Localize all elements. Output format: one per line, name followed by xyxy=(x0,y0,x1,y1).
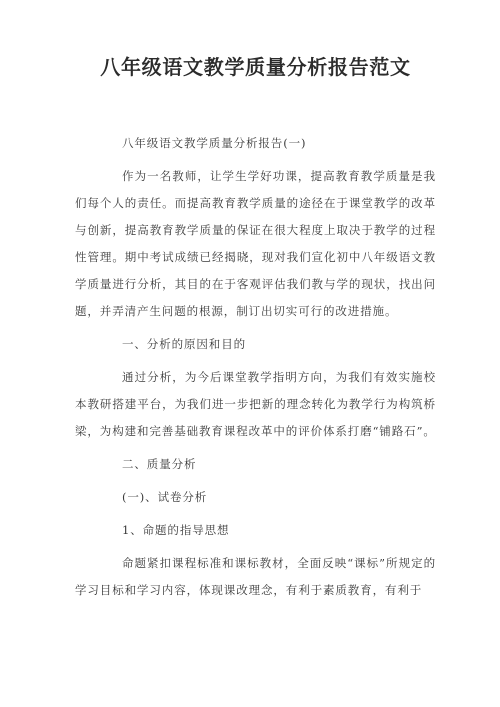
paragraph-proposition: 命题紧扣课程标准和课标教材，全面反映“课标”所规定的学习目标和学习内容，体现课改… xyxy=(75,550,436,604)
paragraph-purpose: 通过分析，为今后课堂教学指明方向，为我们有效实施校本教研搭建平台，为我们进一步把… xyxy=(75,364,436,445)
heading-item-guiding-ideology: 1、命题的指导思想 xyxy=(75,517,436,544)
document-page: 八年级语文教学质量分析报告范文 八年级语文教学质量分析报告(一) 作为一名教师，… xyxy=(0,0,500,707)
document-title: 八年级语文教学质量分析报告范文 xyxy=(75,52,436,82)
heading-section-2: 二、质量分析 xyxy=(75,451,436,478)
heading-section-1: 一、分析的原因和目的 xyxy=(75,331,436,358)
subtitle-line: 八年级语文教学质量分析报告(一) xyxy=(75,130,436,157)
paragraph-intro: 作为一名教师，让学生学好功课，提高教育教学质量是我们每个人的责任。而提高教育教学… xyxy=(75,163,436,325)
heading-subsection-exam-analysis: (一)、试卷分析 xyxy=(75,484,436,511)
document-body: 八年级语文教学质量分析报告(一) 作为一名教师，让学生学好功课，提高教育教学质量… xyxy=(75,130,436,604)
